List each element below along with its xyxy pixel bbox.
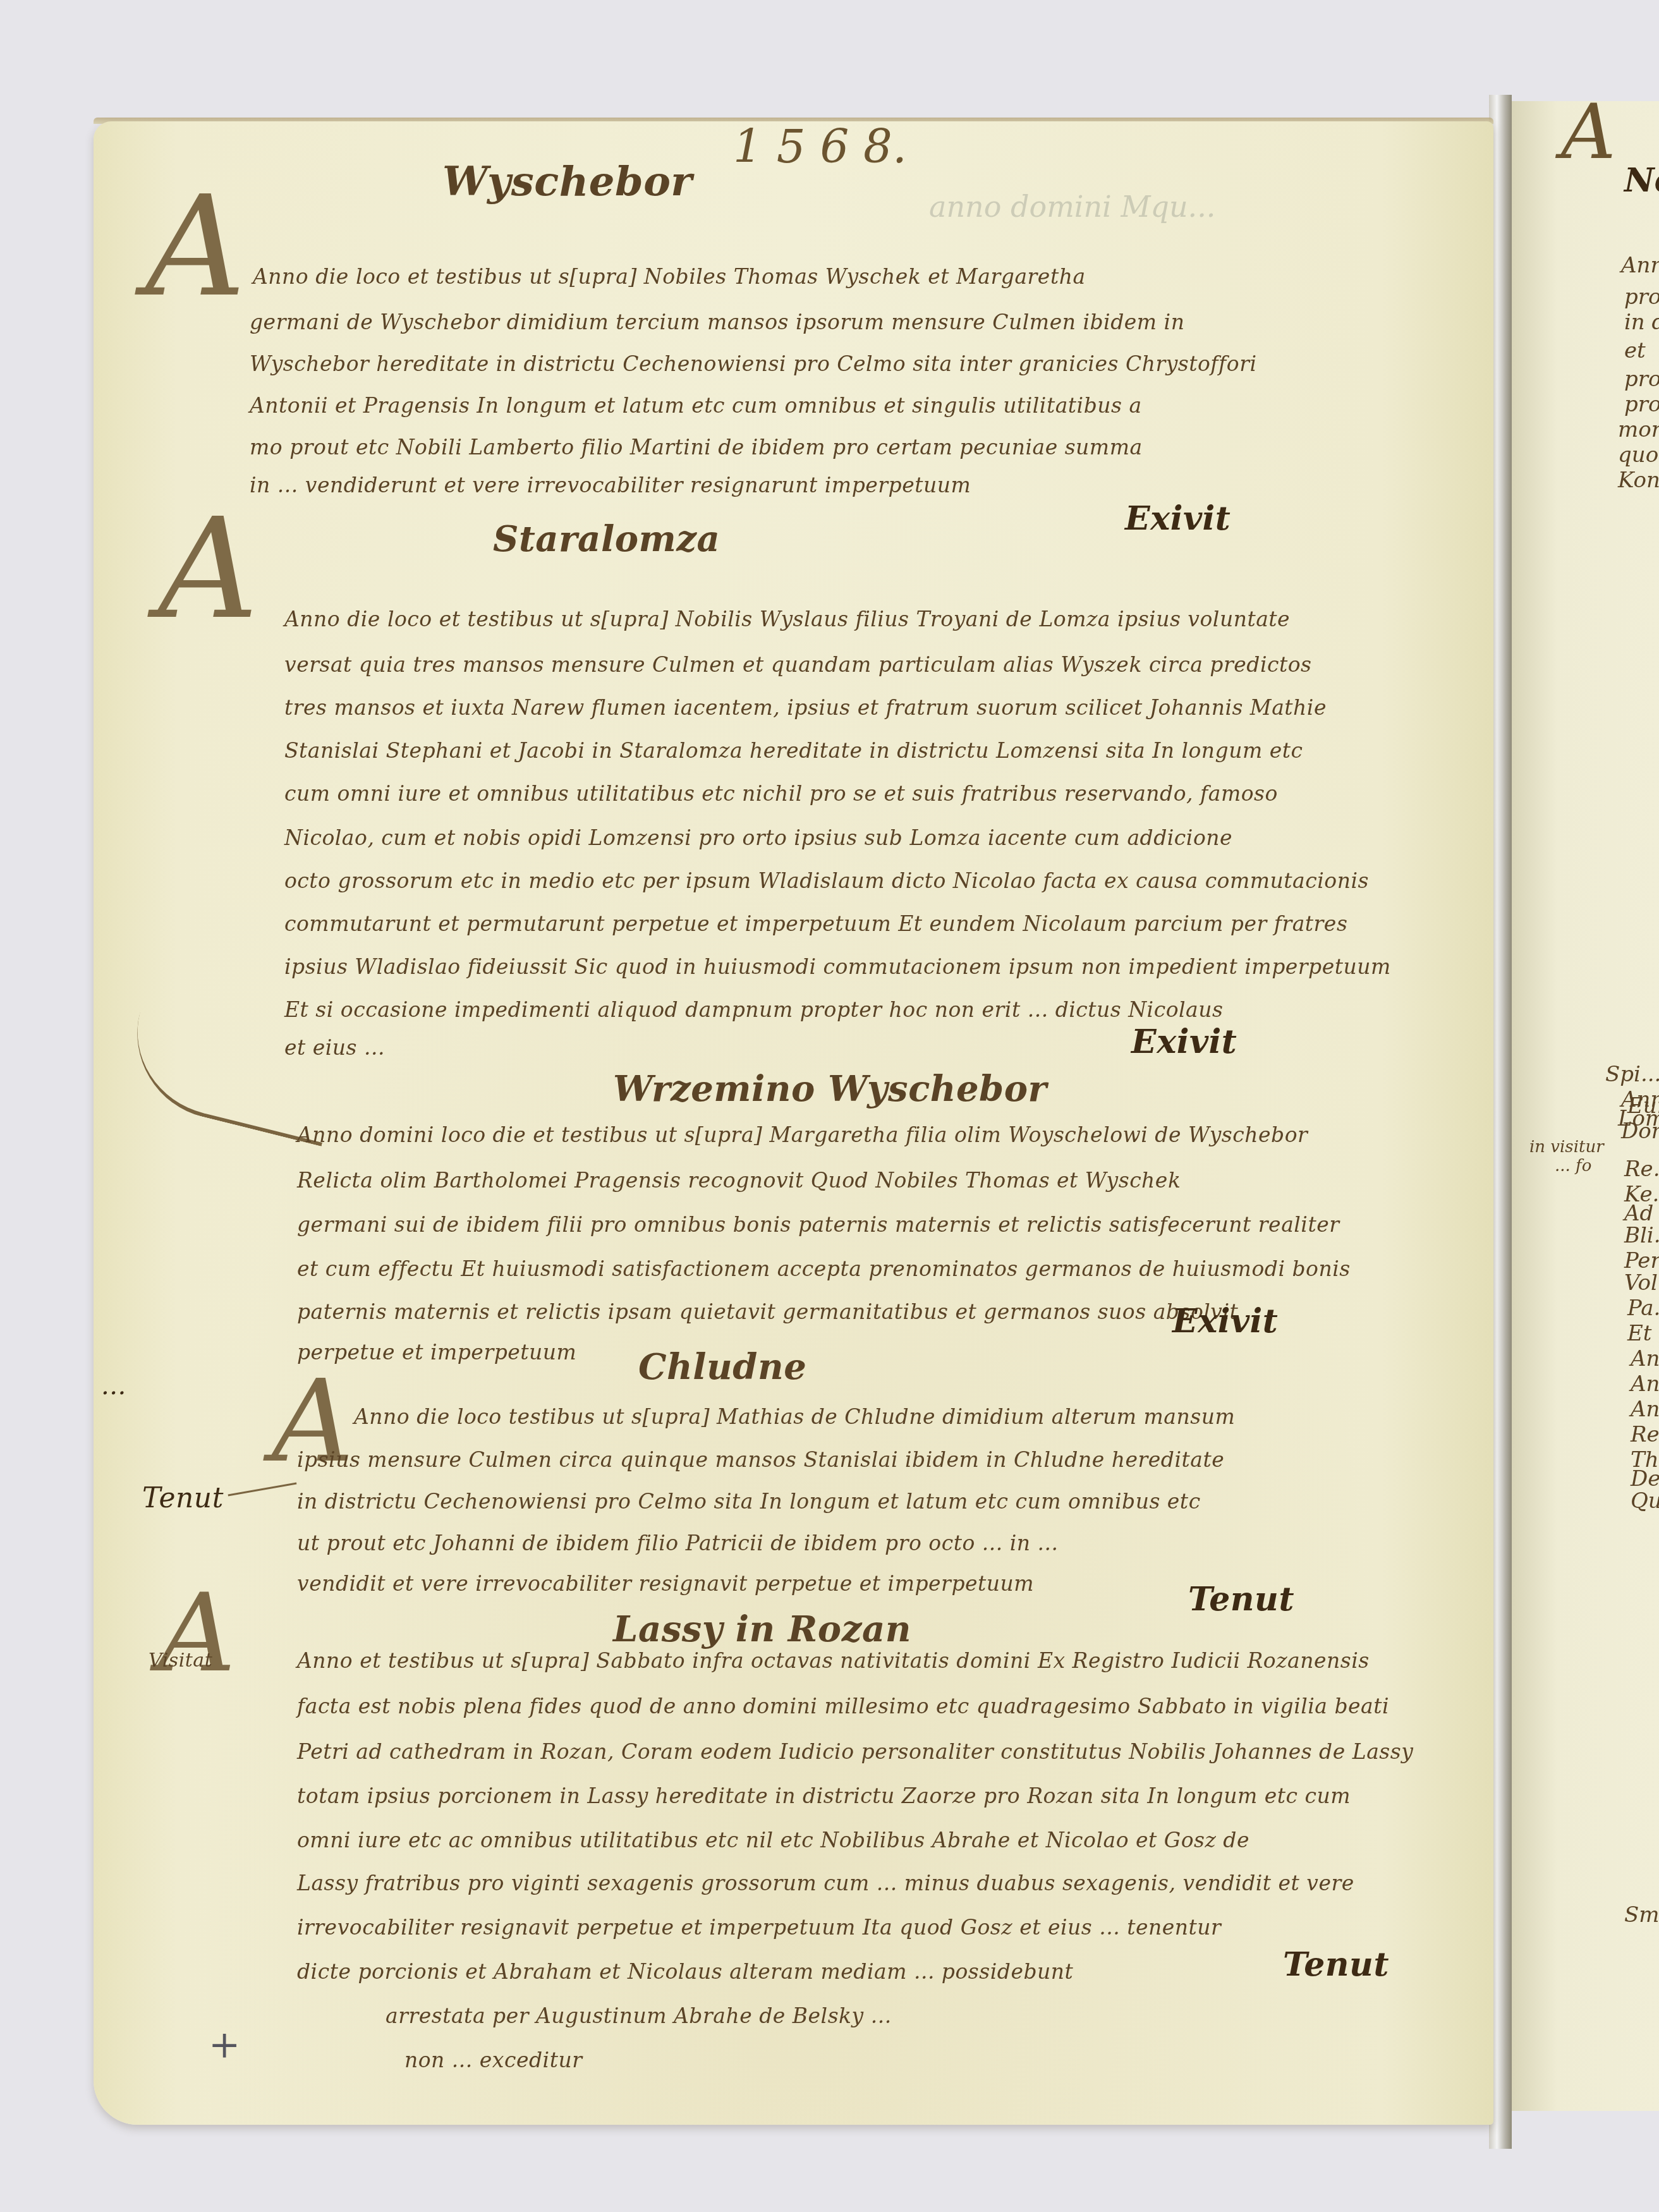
- entry-line: mo prout etc Nobili Lamberto filio Marti…: [250, 435, 1143, 459]
- entry-line: octo grossorum etc in medio etc per ipsu…: [284, 868, 1369, 893]
- next-page-line: Spi...: [1605, 1062, 1659, 1087]
- entry-heading: Lassy in Rozan: [613, 1608, 911, 1650]
- next-page-line: Smed...: [1624, 1902, 1659, 1928]
- next-page-line: Bli...: [1624, 1223, 1659, 1248]
- next-page-line: Ad: [1624, 1201, 1653, 1226]
- status-marker-tenut: Tenut: [1283, 1945, 1389, 1984]
- status-marker-exivit: Exivit: [1131, 1023, 1237, 1061]
- margin-dots: ...: [101, 1371, 126, 1401]
- postscript-line: arrestata per Augustinum Abrahe de Belsk…: [386, 2003, 892, 2028]
- entry-line: cum omni iure et omnibus utilitatibus et…: [284, 781, 1278, 806]
- next-page-line: in d...: [1624, 310, 1659, 335]
- entry-line: Anno die loco et testibus ut s[upra] Nob…: [284, 607, 1290, 631]
- next-page-line: moren...: [1618, 417, 1659, 442]
- entry-line: facta est nobis plena fides quod de anno…: [297, 1694, 1389, 1718]
- next-page-line: Anm...: [1631, 1371, 1659, 1397]
- next-page-heading: Nom...: [1624, 161, 1659, 200]
- entry-line: totam ipsius porcionem in Lassy heredita…: [297, 1784, 1351, 1808]
- entry-line: Anno domini loco die et testibus ut s[up…: [297, 1122, 1308, 1147]
- entry-line: Anno et testibus ut s[upra] Sabbato infr…: [297, 1648, 1370, 1673]
- entry-line: irrevocabiliter resignavit perpetue et i…: [297, 1915, 1221, 1940]
- bleedthrough-text: anno domini Mqu...: [929, 190, 1215, 224]
- entry-line: Anno die loco et testibus ut s[upra] Nob…: [253, 264, 1086, 289]
- next-page-line: pro: [1624, 367, 1659, 392]
- entry-line: versat quia tres mansos mensure Culmen e…: [284, 652, 1312, 677]
- entry-line: dicte porcionis et Abraham et Nicolaus a…: [297, 1959, 1073, 1984]
- decorated-initial: A: [158, 499, 258, 638]
- next-page-line: Anno: [1631, 1346, 1659, 1371]
- entry-line: ut prout etc Johanni de ibidem filio Pat…: [297, 1531, 1059, 1555]
- next-page-line: Pa...: [1627, 1296, 1659, 1321]
- entry-line: Relicta olim Bartholomei Pragensis recog…: [297, 1168, 1181, 1193]
- entry-line: omni iure etc ac omnibus utilitatibus et…: [297, 1828, 1249, 1852]
- next-page-margin-note: in visitur: [1529, 1138, 1604, 1157]
- entry-line: vendidit et vere irrevocabiliter resigna…: [297, 1571, 1034, 1596]
- folio-number: 1 5 6 8.: [733, 120, 907, 173]
- status-marker-exivit: Exivit: [1125, 499, 1231, 538]
- entry-line: germani sui de ibidem filii pro omnibus …: [297, 1212, 1339, 1237]
- next-page-line: Et: [1627, 1321, 1651, 1346]
- entry-line: Lassy fratribus pro viginti sexagenis gr…: [297, 1871, 1354, 1895]
- postscript-line: non ... exceditur: [404, 2048, 582, 2072]
- entry-line: germani de Wyschebor dimidium tercium ma…: [250, 310, 1184, 334]
- next-page-line: Den...: [1631, 1466, 1659, 1492]
- entry-line: et cum effectu Et huiusmodi satisfaction…: [297, 1256, 1351, 1281]
- next-page-line: Rea...: [1631, 1422, 1659, 1447]
- margin-note-tenut: Tenut: [142, 1482, 224, 1514]
- margin-note-visitat: Visitat: [149, 1650, 212, 1672]
- next-page-line: Dom...: [1621, 1119, 1659, 1144]
- next-page-line: quod...: [1618, 442, 1659, 468]
- next-page-line: Kons...: [1618, 468, 1659, 493]
- pencil-cross-mark: +: [209, 2022, 240, 2067]
- decorated-initial: A: [145, 177, 246, 316]
- next-page-line: Re...: [1624, 1157, 1659, 1182]
- next-page-line: Per: [1624, 1248, 1659, 1273]
- entry-line: in ... vendiderunt et vere irrevocabilit…: [250, 473, 971, 497]
- entry-heading: Staralomza: [493, 518, 720, 560]
- entry-line: Anno die loco testibus ut s[upra] Mathia…: [354, 1404, 1235, 1429]
- entry-heading: Wyschebor: [442, 158, 693, 205]
- status-marker-exivit: Exivit: [1172, 1302, 1278, 1340]
- entry-line: Petri ad cathedram in Rozan, Coram eodem…: [297, 1739, 1413, 1764]
- next-page-line: Vol: [1624, 1270, 1658, 1296]
- next-page-line: Ant: [1631, 1397, 1659, 1422]
- entry-line: Nicolao, cum et nobis opidi Lomzensi pro…: [284, 825, 1232, 850]
- status-marker-tenut: Tenut: [1188, 1580, 1294, 1619]
- entry-line: Stanislai Stephani et Jacobi in Staralom…: [284, 738, 1303, 763]
- entry-line: Et si occasione impedimenti aliquod damp…: [284, 997, 1223, 1022]
- entry-heading: Wrzemino Wyschebor: [613, 1068, 1047, 1110]
- next-page-line: pro: [1624, 284, 1659, 310]
- entry-line: in districtu Cechenowiensi pro Celmo sit…: [297, 1489, 1201, 1514]
- entry-heading: Chludne: [638, 1346, 806, 1388]
- entry-line: tres mansos et iuxta Narew flumen iacent…: [284, 695, 1327, 720]
- next-page-line: et: [1624, 338, 1646, 363]
- entry-line: Wyschebor hereditate in districtu Cechen…: [250, 351, 1257, 376]
- next-page-line: pro d...: [1624, 392, 1659, 417]
- next-page-line: Qum: [1631, 1488, 1659, 1514]
- next-page-initial: A: [1561, 88, 1616, 176]
- next-page-margin-note: ... fo: [1555, 1157, 1591, 1176]
- entry-line: Antonii et Pragensis In longum et latum …: [250, 393, 1142, 418]
- entry-line: commutarunt et permutarunt perpetue et i…: [284, 911, 1347, 936]
- next-page-line: Anno: [1621, 253, 1659, 278]
- entry-line: paternis maternis et relictis ipsam quie…: [297, 1299, 1238, 1324]
- entry-line: ipsius Wladislao fideiussit Sic quod in …: [284, 954, 1391, 979]
- entry-line: ipsius mensure Culmen circa quinque mans…: [297, 1447, 1224, 1472]
